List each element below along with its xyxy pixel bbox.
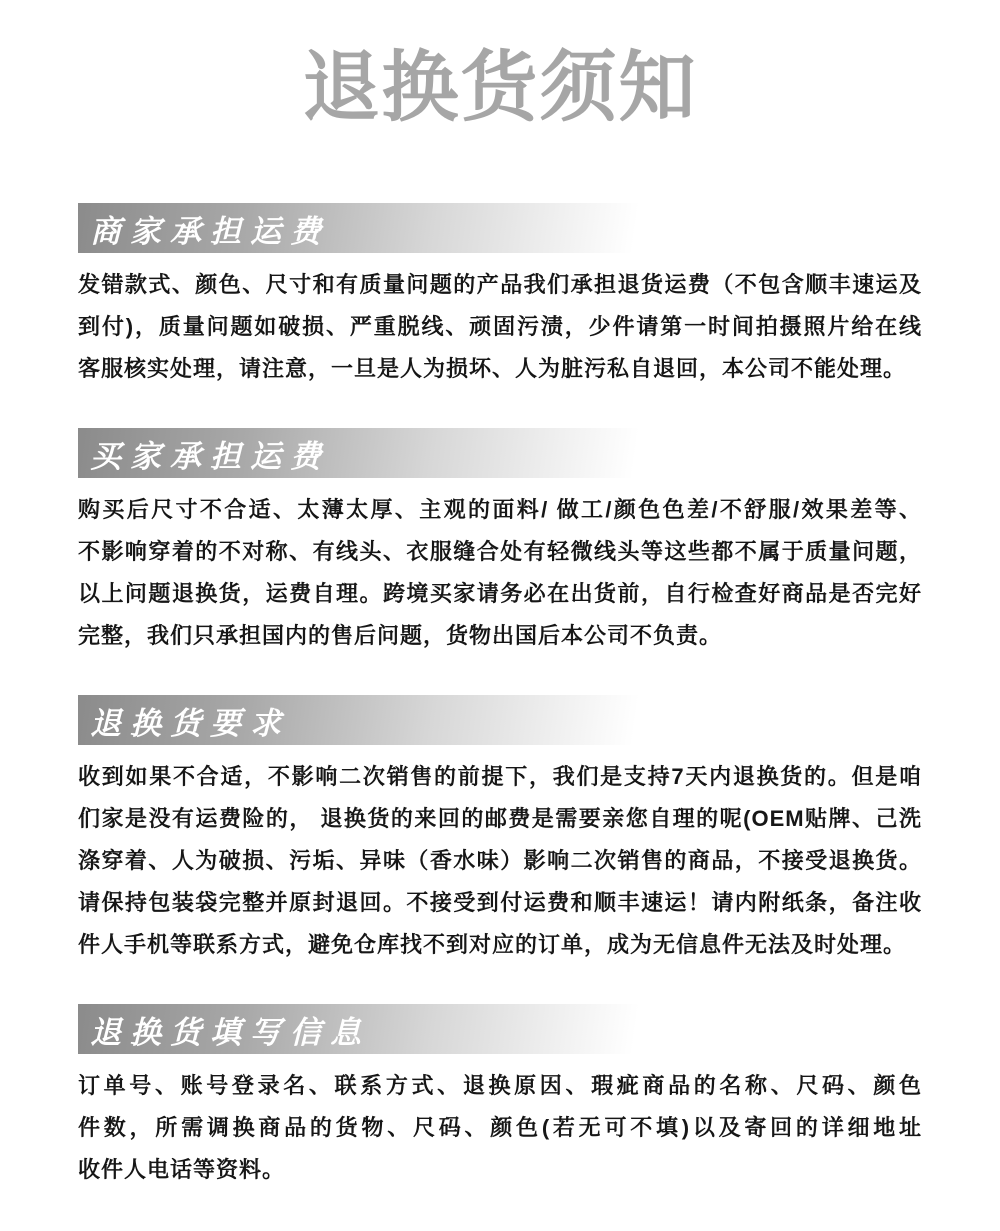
body-line: 们家是没有运费险的， 退换货的来回的邮费是需要亲您自理的呢(OEM贴牌、己洗 xyxy=(78,798,922,840)
section-body: 发错款式、颜色、尺寸和有质量问题的产品我们承担退货运费（不包含顺丰速运及到付)，… xyxy=(78,264,922,390)
section-heading-label: 买家承担运费 xyxy=(90,431,330,476)
section-heading-bar: 退换货要求 xyxy=(78,695,922,745)
section-heading-bar: 商家承担运费 xyxy=(78,203,922,253)
section-heading-label: 商家承担运费 xyxy=(90,206,330,251)
body-line: 件人手机等联系方式，避免仓库找不到对应的订单，成为无信息件无法及时处理。 xyxy=(78,924,922,966)
body-line: 到付)，质量问题如破损、严重脱线、顽固污渍，少件请第一时间拍摄照片给在线 xyxy=(78,306,922,348)
section-heading-label: 退换货要求 xyxy=(90,698,290,743)
section-heading-label: 退换货填写信息 xyxy=(90,1007,370,1052)
section-body: 收到如果不合适，不影响二次销售的前提下，我们是支持7天内退换货的。但是咱们家是没… xyxy=(78,756,922,966)
body-line: 收到如果不合适，不影响二次销售的前提下，我们是支持7天内退换货的。但是咱 xyxy=(78,756,922,798)
section-body: 订单号、账号登录名、联系方式、退换原因、瑕疵商品的名称、尺码、颜色件数，所需调换… xyxy=(78,1065,922,1191)
body-line: 完整，我们只承担国内的售后问题，货物出国后本公司不负责。 xyxy=(78,615,922,657)
section-heading-bar: 买家承担运费 xyxy=(78,428,922,478)
body-line: 收件人电话等资料。 xyxy=(78,1149,922,1191)
return-policy-page: 退换货须知 商家承担运费 发错款式、颜色、尺寸和有质量问题的产品我们承担退货运费… xyxy=(0,0,1000,1231)
policy-section: 买家承担运费 购买后尺寸不合适、太薄太厚、主观的面料/ 做工/颜色色差/不舒服/… xyxy=(78,428,922,657)
sections-container: 商家承担运费 发错款式、颜色、尺寸和有质量问题的产品我们承担退货运费（不包含顺丰… xyxy=(78,203,922,1191)
policy-section: 退换货填写信息 订单号、账号登录名、联系方式、退换原因、瑕疵商品的名称、尺码、颜… xyxy=(78,1004,922,1191)
body-line: 件数，所需调换商品的货物、尺码、颜色(若无可不填)以及寄回的详细地址 xyxy=(78,1107,922,1149)
body-line: 订单号、账号登录名、联系方式、退换原因、瑕疵商品的名称、尺码、颜色 xyxy=(78,1065,922,1107)
body-line: 不影响穿着的不对称、有线头、衣服缝合处有轻微线头等这些都不属于质量问题， xyxy=(78,531,922,573)
body-line: 涤穿着、人为破损、污垢、异味（香水味）影响二次销售的商品，不接受退换货。 xyxy=(78,840,922,882)
body-line: 请保持包装袋完整并原封退回。不接受到付运费和顺丰速运！请内附纸条，备注收 xyxy=(78,882,922,924)
page-title: 退换货须知 xyxy=(0,50,1000,127)
section-heading-bar: 退换货填写信息 xyxy=(78,1004,922,1054)
body-line: 以上问题退换货，运费自理。跨境买家请务必在出货前，自行检查好商品是否完好 xyxy=(78,573,922,615)
body-line: 购买后尺寸不合适、太薄太厚、主观的面料/ 做工/颜色色差/不舒服/效果差等、 xyxy=(78,489,922,531)
section-body: 购买后尺寸不合适、太薄太厚、主观的面料/ 做工/颜色色差/不舒服/效果差等、不影… xyxy=(78,489,922,657)
policy-section: 商家承担运费 发错款式、颜色、尺寸和有质量问题的产品我们承担退货运费（不包含顺丰… xyxy=(78,203,922,390)
body-line: 发错款式、颜色、尺寸和有质量问题的产品我们承担退货运费（不包含顺丰速运及 xyxy=(78,264,922,306)
body-line: 客服核实处理，请注意，一旦是人为损坏、人为脏污私自退回，本公司不能处理。 xyxy=(78,348,922,390)
policy-section: 退换货要求 收到如果不合适，不影响二次销售的前提下，我们是支持7天内退换货的。但… xyxy=(78,695,922,966)
